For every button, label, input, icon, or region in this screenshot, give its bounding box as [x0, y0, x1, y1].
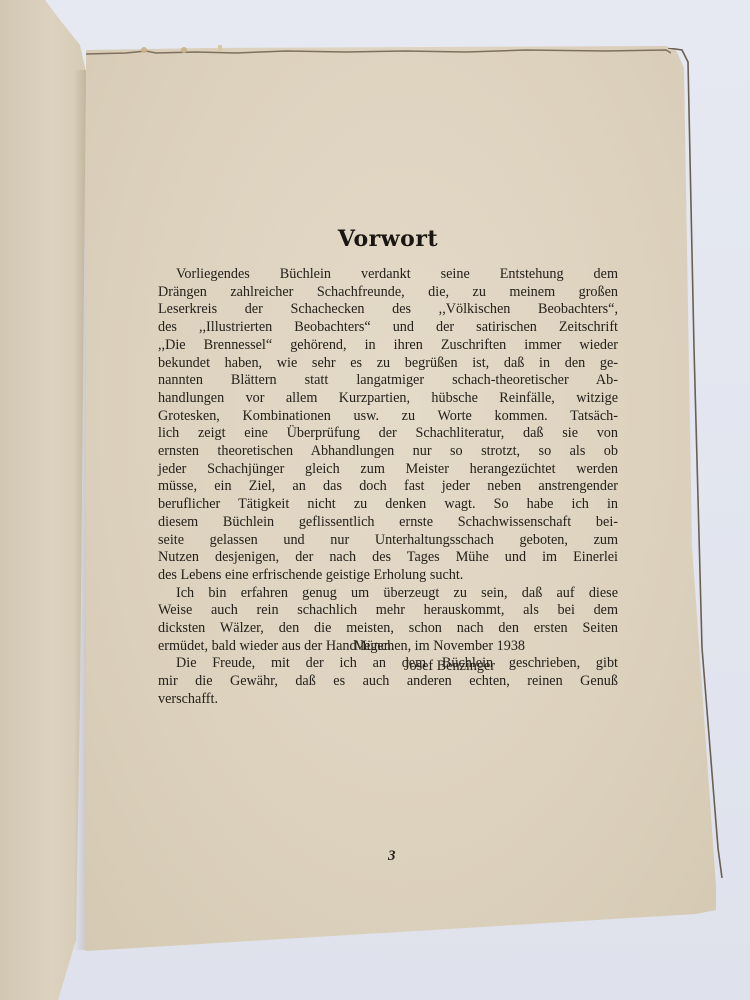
- text-line: Weise auch rein schachlich mehr herausko…: [158, 602, 618, 620]
- signature-block: München, im November 1938 Josef Benzinge…: [354, 636, 614, 676]
- page-number: 3: [388, 848, 396, 865]
- text-line: Vorliegendes Büchlein verdankt seine Ent…: [158, 266, 618, 284]
- text-line: jeder Schachjünger gleich zum Meister he…: [158, 461, 618, 479]
- text-line: diesem Büchlein geflissentlich ernste Sc…: [158, 514, 618, 532]
- page-title: Vorwort: [158, 226, 618, 252]
- text-line: Nutzen desjenigen, der nach des Tages Mü…: [158, 549, 618, 567]
- text-line: lich zeigt eine Überprüfung der Schachli…: [158, 425, 618, 443]
- text-line: Leserkreis der Schachecken des ,,Völkisc…: [158, 301, 618, 319]
- text-line: ernsten theoretischen Abhandlungen nur s…: [158, 443, 618, 461]
- text-line: müsse, ein Ziel, an das doch fast jeder …: [158, 478, 618, 496]
- text-line: ,,Die Brennessel“ gehörend, in ihren Zus…: [158, 337, 618, 355]
- text-line: bekundet haben, wie sehr es zu begrüßen …: [158, 355, 618, 373]
- text-line: Drängen zahlreicher Schachfreunde, die, …: [158, 284, 618, 302]
- author-name: Josef Benzinger: [354, 656, 614, 676]
- text-line: nannten Blättern statt langatmiger schac…: [158, 372, 618, 390]
- place-date: München, im November 1938: [354, 636, 614, 656]
- text-line: beruflicher Tätigkeit nicht zu denken wa…: [158, 496, 618, 514]
- text-line: des Lebens eine erfrischende geistige Er…: [158, 567, 618, 585]
- gutter-shadow: [74, 70, 88, 950]
- text-line: Ich bin erfahren genug um überzeugt zu s…: [158, 585, 618, 603]
- text-line: seite gelassen und nur Unterhaltungsscha…: [158, 532, 618, 550]
- text-line: des ,,Illustrierten Beobachters“ und der…: [158, 319, 618, 337]
- text-line: verschafft.: [158, 691, 618, 709]
- text-line: handlungen vor allem Kurzpartien, hübsch…: [158, 390, 618, 408]
- text-line: Grotesken, Kombinationen usw. zu Worte k…: [158, 408, 618, 426]
